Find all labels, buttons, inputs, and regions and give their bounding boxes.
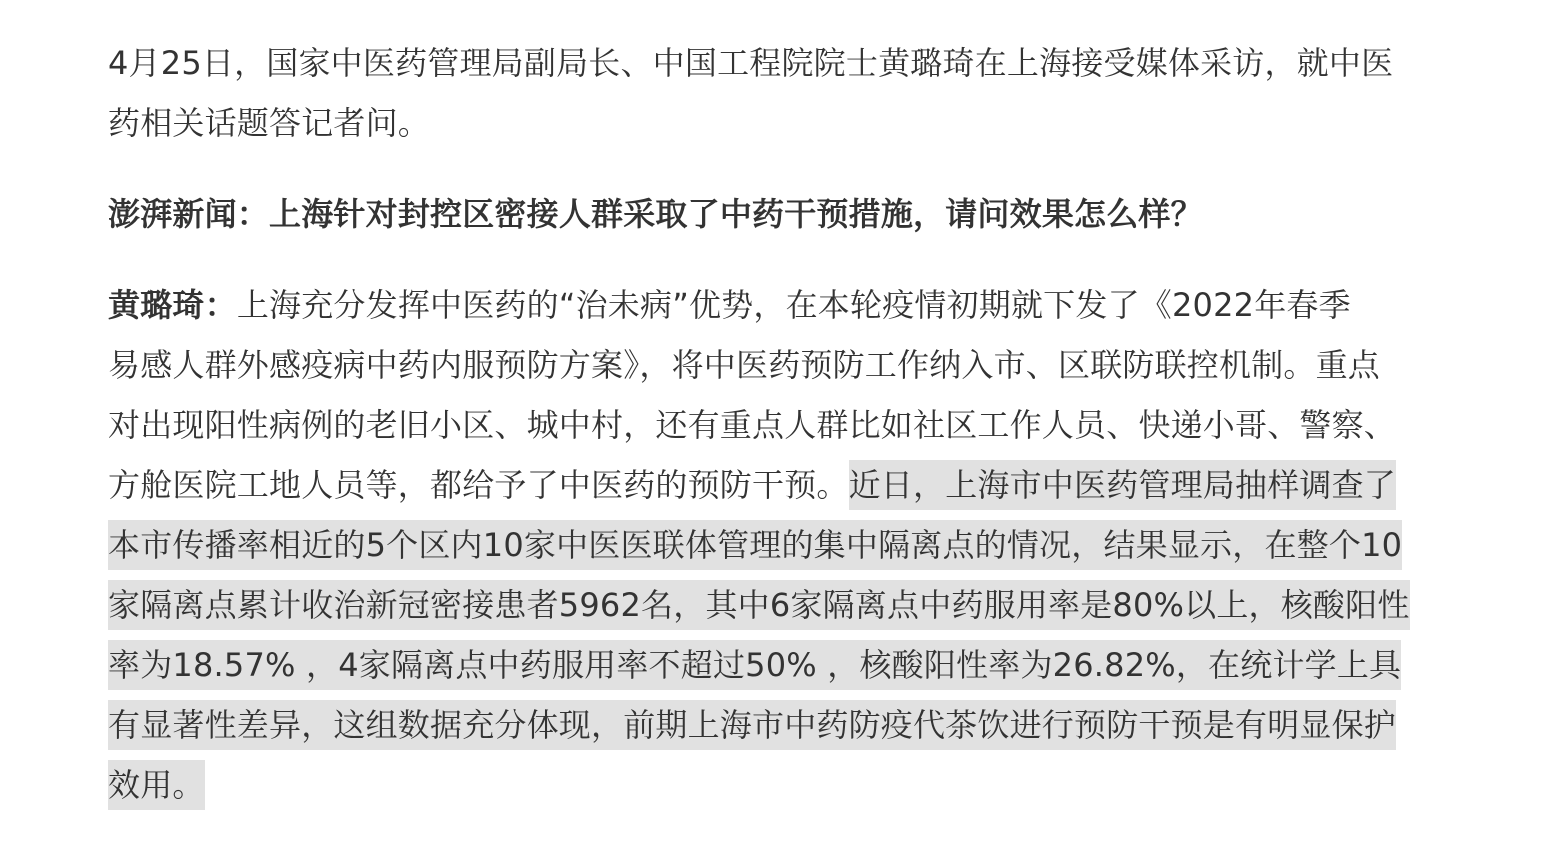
intro-line-1: 4月25日，国家中医药管理局副局长、中国工程院院士黄璐琦在上海接受媒体采访，就中…: [108, 33, 1393, 93]
highlighted-text[interactable]: 近日，上海市中医药管理局抽样调查了: [849, 460, 1396, 510]
highlighted-text[interactable]: 家隔离点累计收治新冠密接患者5962名，其中6家隔离点中药服用率是80%以上，核…: [108, 580, 1410, 630]
highlighted-text[interactable]: 本市传播率相近的5个区内10家中医医联体管理的集中隔离点的情况，结果显示，在整个…: [108, 520, 1402, 570]
answer-line-9: 效用。: [108, 755, 205, 815]
answer-line-6: 家隔离点累计收治新冠密接患者5962名，其中6家隔离点中药服用率是80%以上，核…: [108, 575, 1410, 635]
answer-line-7: 率为18.57% ，4家隔离点中药服用率不超过50% ，核酸阳性率为26.82%…: [108, 635, 1401, 695]
question-paragraph: 澎湃新闻：上海针对封控区密接人群采取了中药干预措施，请问效果怎么样？: [108, 184, 1203, 244]
answer-line-1: 黄璐琦：上海充分发挥中医药的“治未病”优势，在本轮疫情初期就下发了《2022年春…: [108, 275, 1351, 335]
answer-line-8: 有显著性差异，这组数据充分体现，前期上海市中药防疫代茶饮进行预防干预是有明显保护: [108, 695, 1396, 755]
answer-text: 方舱医院工地人员等，都给予了中医药的预防干预。: [108, 466, 849, 504]
answer-line-3: 对出现阳性病例的老旧小区、城中村，还有重点人群比如社区工作人员、快递小哥、警察、: [108, 395, 1396, 455]
answer-line-2: 易感人群外感疫病中药内服预防方案》，将中医药预防工作纳入市、区联防联控机制。重点: [108, 335, 1380, 395]
intro-line-2: 药相关话题答记者问。: [108, 93, 430, 153]
answer-line-4: 方舱医院工地人员等，都给予了中医药的预防干预。近日，上海市中医药管理局抽样调查了: [108, 455, 1396, 515]
answer-speaker: 黄璐琦：: [108, 286, 237, 324]
highlighted-text[interactable]: 有显著性差异，这组数据充分体现，前期上海市中药防疫代茶饮进行预防干预是有明显保护: [108, 700, 1396, 750]
highlighted-text[interactable]: 率为18.57% ，4家隔离点中药服用率不超过50% ，核酸阳性率为26.82%…: [108, 640, 1401, 690]
answer-text: 对出现阳性病例的老旧小区、城中村，还有重点人群比如社区工作人员、快递小哥、警察、: [108, 406, 1396, 444]
answer-line-5: 本市传播率相近的5个区内10家中医医联体管理的集中隔离点的情况，结果显示，在整个…: [108, 515, 1402, 575]
question-speaker: 澎湃新闻：: [108, 195, 269, 233]
answer-text: 易感人群外感疫病中药内服预防方案》，将中医药预防工作纳入市、区联防联控机制。重点: [108, 346, 1380, 384]
highlighted-text[interactable]: 效用。: [108, 760, 205, 810]
answer-text: 上海充分发挥中医药的“治未病”优势，在本轮疫情初期就下发了《2022年春季: [237, 286, 1351, 324]
question-text: 上海针对封控区密接人群采取了中药干预措施，请问效果怎么样？: [269, 195, 1203, 233]
